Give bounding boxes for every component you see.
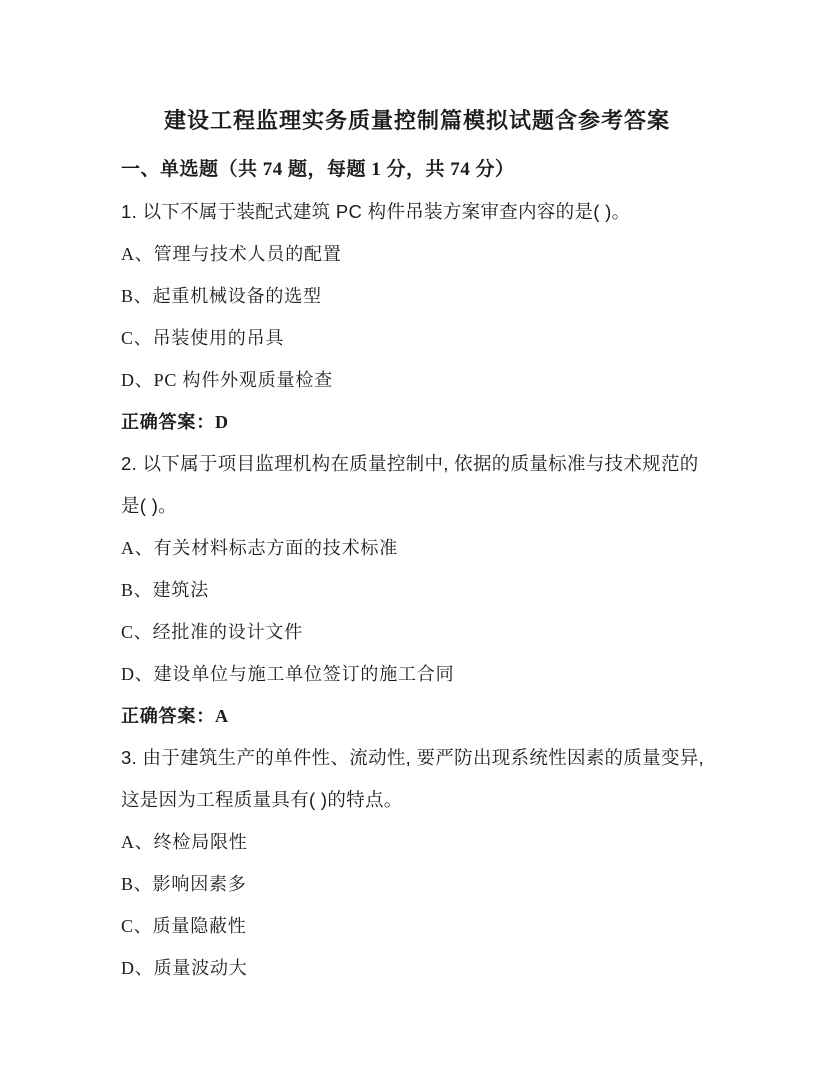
question-text: 1. 以下不属于装配式建筑 PC 构件吊装方案审查内容的是( )。 (121, 191, 713, 233)
option-a: A、有关材料标志方面的技术标准 (121, 527, 713, 569)
answer-line: 正确答案：A (121, 695, 713, 737)
document-title: 建设工程监理实务质量控制篇模拟试题含参考答案 (121, 103, 713, 139)
answer-value: A (215, 706, 229, 726)
option-b: B、影响因素多 (121, 863, 713, 905)
option-c: C、吊装使用的吊具 (121, 317, 713, 359)
option-c: C、质量隐蔽性 (121, 905, 713, 947)
section-heading: 一、单选题（共 74 题，每题 1 分，共 74 分） (121, 149, 713, 191)
option-d: D、PC 构件外观质量检查 (121, 359, 713, 401)
option-b: B、建筑法 (121, 569, 713, 611)
option-a: A、终检局限性 (121, 821, 713, 863)
question-text-continued: 是( )。 (121, 485, 713, 527)
option-c: C、经批准的设计文件 (121, 611, 713, 653)
question-text-continued: 这是因为工程质量具有( )的特点。 (121, 779, 713, 821)
question-text: 2. 以下属于项目监理机构在质量控制中, 依据的质量标准与技术规范的 (121, 443, 713, 485)
option-a: A、管理与技术人员的配置 (121, 233, 713, 275)
answer-line: 正确答案：D (121, 401, 713, 443)
question-block-2: 2. 以下属于项目监理机构在质量控制中, 依据的质量标准与技术规范的 是( )。… (121, 443, 713, 737)
question-text: 3. 由于建筑生产的单件性、流动性, 要严防出现系统性因素的质量变异, (121, 737, 713, 779)
option-d: D、质量波动大 (121, 947, 713, 989)
question-block-3: 3. 由于建筑生产的单件性、流动性, 要严防出现系统性因素的质量变异, 这是因为… (121, 737, 713, 989)
option-d: D、建设单位与施工单位签订的施工合同 (121, 653, 713, 695)
document-page: 建设工程监理实务质量控制篇模拟试题含参考答案 一、单选题（共 74 题，每题 1… (0, 0, 834, 1080)
option-b: B、起重机械设备的选型 (121, 275, 713, 317)
question-block-1: 1. 以下不属于装配式建筑 PC 构件吊装方案审查内容的是( )。 A、管理与技… (121, 191, 713, 443)
answer-prefix: 正确答案： (121, 706, 215, 726)
answer-value: D (215, 412, 229, 432)
answer-prefix: 正确答案： (121, 412, 215, 432)
